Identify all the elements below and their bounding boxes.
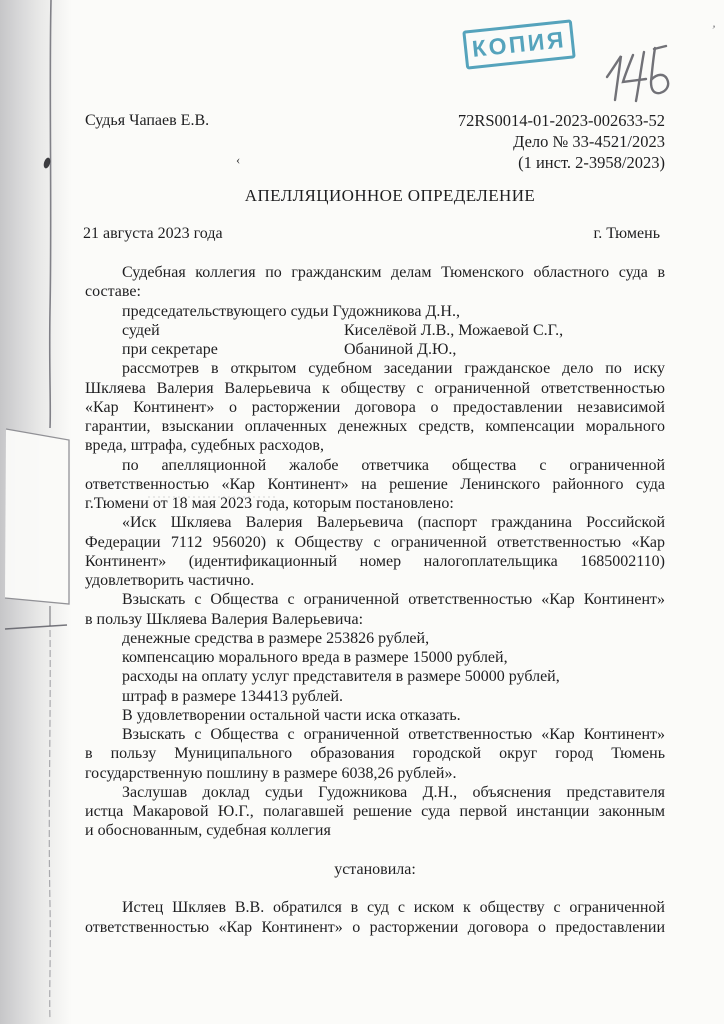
scanned-court-document-page: КОПИЯ ’ Судья Чапаев Е.В. 72RS0014-01-20… <box>0 0 724 1024</box>
document-content: КОПИЯ ’ Судья Чапаев Е.В. 72RS0014-01-20… <box>0 0 724 1024</box>
document-body: Судебная коллегия по гражданским делам Т… <box>85 263 665 937</box>
case-number-block: 72RS0014-01-2023-002633-52 Дело № 33-452… <box>458 110 665 173</box>
doc-line: Истец Шкляев В.В. обратился в суд с иско… <box>85 898 665 917</box>
doc-line: в пользу Шкляева Валерия Валерьевича: <box>85 610 665 629</box>
case-uid: 72RS0014-01-2023-002633-52 <box>458 110 665 131</box>
doc-line: Заслушав доклад судьи Гудожникова Д.Н., … <box>85 783 665 802</box>
doc-line: судейКиселёвой Л.В., Можаевой С.Г., <box>85 321 665 340</box>
doc-line: Федерации 7112 956020) к Обществу с огра… <box>85 533 665 552</box>
doc-line: денежные средства в размере 253826 рубле… <box>85 629 665 648</box>
doc-line: г.Тюмени от 18 мая 2023 года, которым по… <box>85 494 665 513</box>
judge-header: Судья Чапаев Е.В. <box>85 112 209 130</box>
date-label: 21 августа 2023 года <box>83 225 223 242</box>
doc-line: составе: <box>85 282 665 301</box>
doc-line: Шкляева Валерия Валерьевича к обществу с… <box>85 379 665 398</box>
doc-line: Взыскать с Общества с ограниченной ответ… <box>85 590 665 609</box>
first-instance-number: (1 инст. 2-3958/2023) <box>458 152 665 173</box>
doc-line: штраф в размере 134413 рублей. <box>85 687 665 706</box>
doc-line: государственную пошлину в размере 6038,2… <box>85 764 665 783</box>
doc-line <box>85 841 665 860</box>
doc-line: вреда, штрафа, судебных расходов, <box>85 436 665 455</box>
doc-line: расходы на оплату услуг представителя в … <box>85 667 665 686</box>
doc-line <box>85 879 665 898</box>
city-label: г. Тюмень <box>593 224 660 243</box>
doc-line: председательствующего судьи Гудожникова … <box>85 302 665 321</box>
doc-line: по апелляционной жалобе ответчика общест… <box>85 456 665 475</box>
doc-line: и обоснованным, судебная коллегия <box>85 821 665 840</box>
doc-line: В удовлетворении остальной части иска от… <box>85 706 665 725</box>
doc-line: компенсацию морального вреда в размере 1… <box>85 648 665 667</box>
document-title: АПЕЛЛЯЦИОННОЕ ОПРЕДЕЛЕНИЕ <box>100 186 680 206</box>
copy-stamp-label: КОПИЯ <box>471 26 567 63</box>
doc-line: рассмотрев в открытом судебном заседании… <box>85 359 665 378</box>
stray-pen-mark: ’ <box>709 22 717 39</box>
doc-line: Взыскать с Общества с ограниченной ответ… <box>85 725 665 744</box>
doc-line: истца Макаровой Ю.Г., полагавшей решение… <box>85 802 665 821</box>
doc-line: в пользу Муниципального образования горо… <box>85 744 665 763</box>
doc-line: гарантии, взыскании оплаченных денежных … <box>85 417 665 436</box>
case-number: Дело № 33-4521/2023 <box>458 131 665 152</box>
doc-line: установила: <box>85 860 665 879</box>
date-city-row: г. Тюмень 21 августа 2023 года <box>83 224 660 243</box>
doc-line: при секретареОбаниной Д.Ю., <box>85 340 665 359</box>
doc-line: «Иск Шкляева Валерия Валерьевича (паспор… <box>85 513 665 532</box>
doc-line: удовлетворить частично. <box>85 571 665 590</box>
stray-ink-mark: ‹ <box>236 152 240 168</box>
doc-line: «Кар Континент» о расторжении договора о… <box>85 398 665 417</box>
doc-line: ответственностью «Кар Континент» на реше… <box>85 475 665 494</box>
doc-line: Континент» (идентификационный номер нало… <box>85 552 665 571</box>
doc-line: Судебная коллегия по гражданским делам Т… <box>85 263 665 282</box>
doc-line: ответственностью «Кар Континент» о расто… <box>85 918 665 937</box>
copy-stamp: КОПИЯ <box>462 19 575 69</box>
